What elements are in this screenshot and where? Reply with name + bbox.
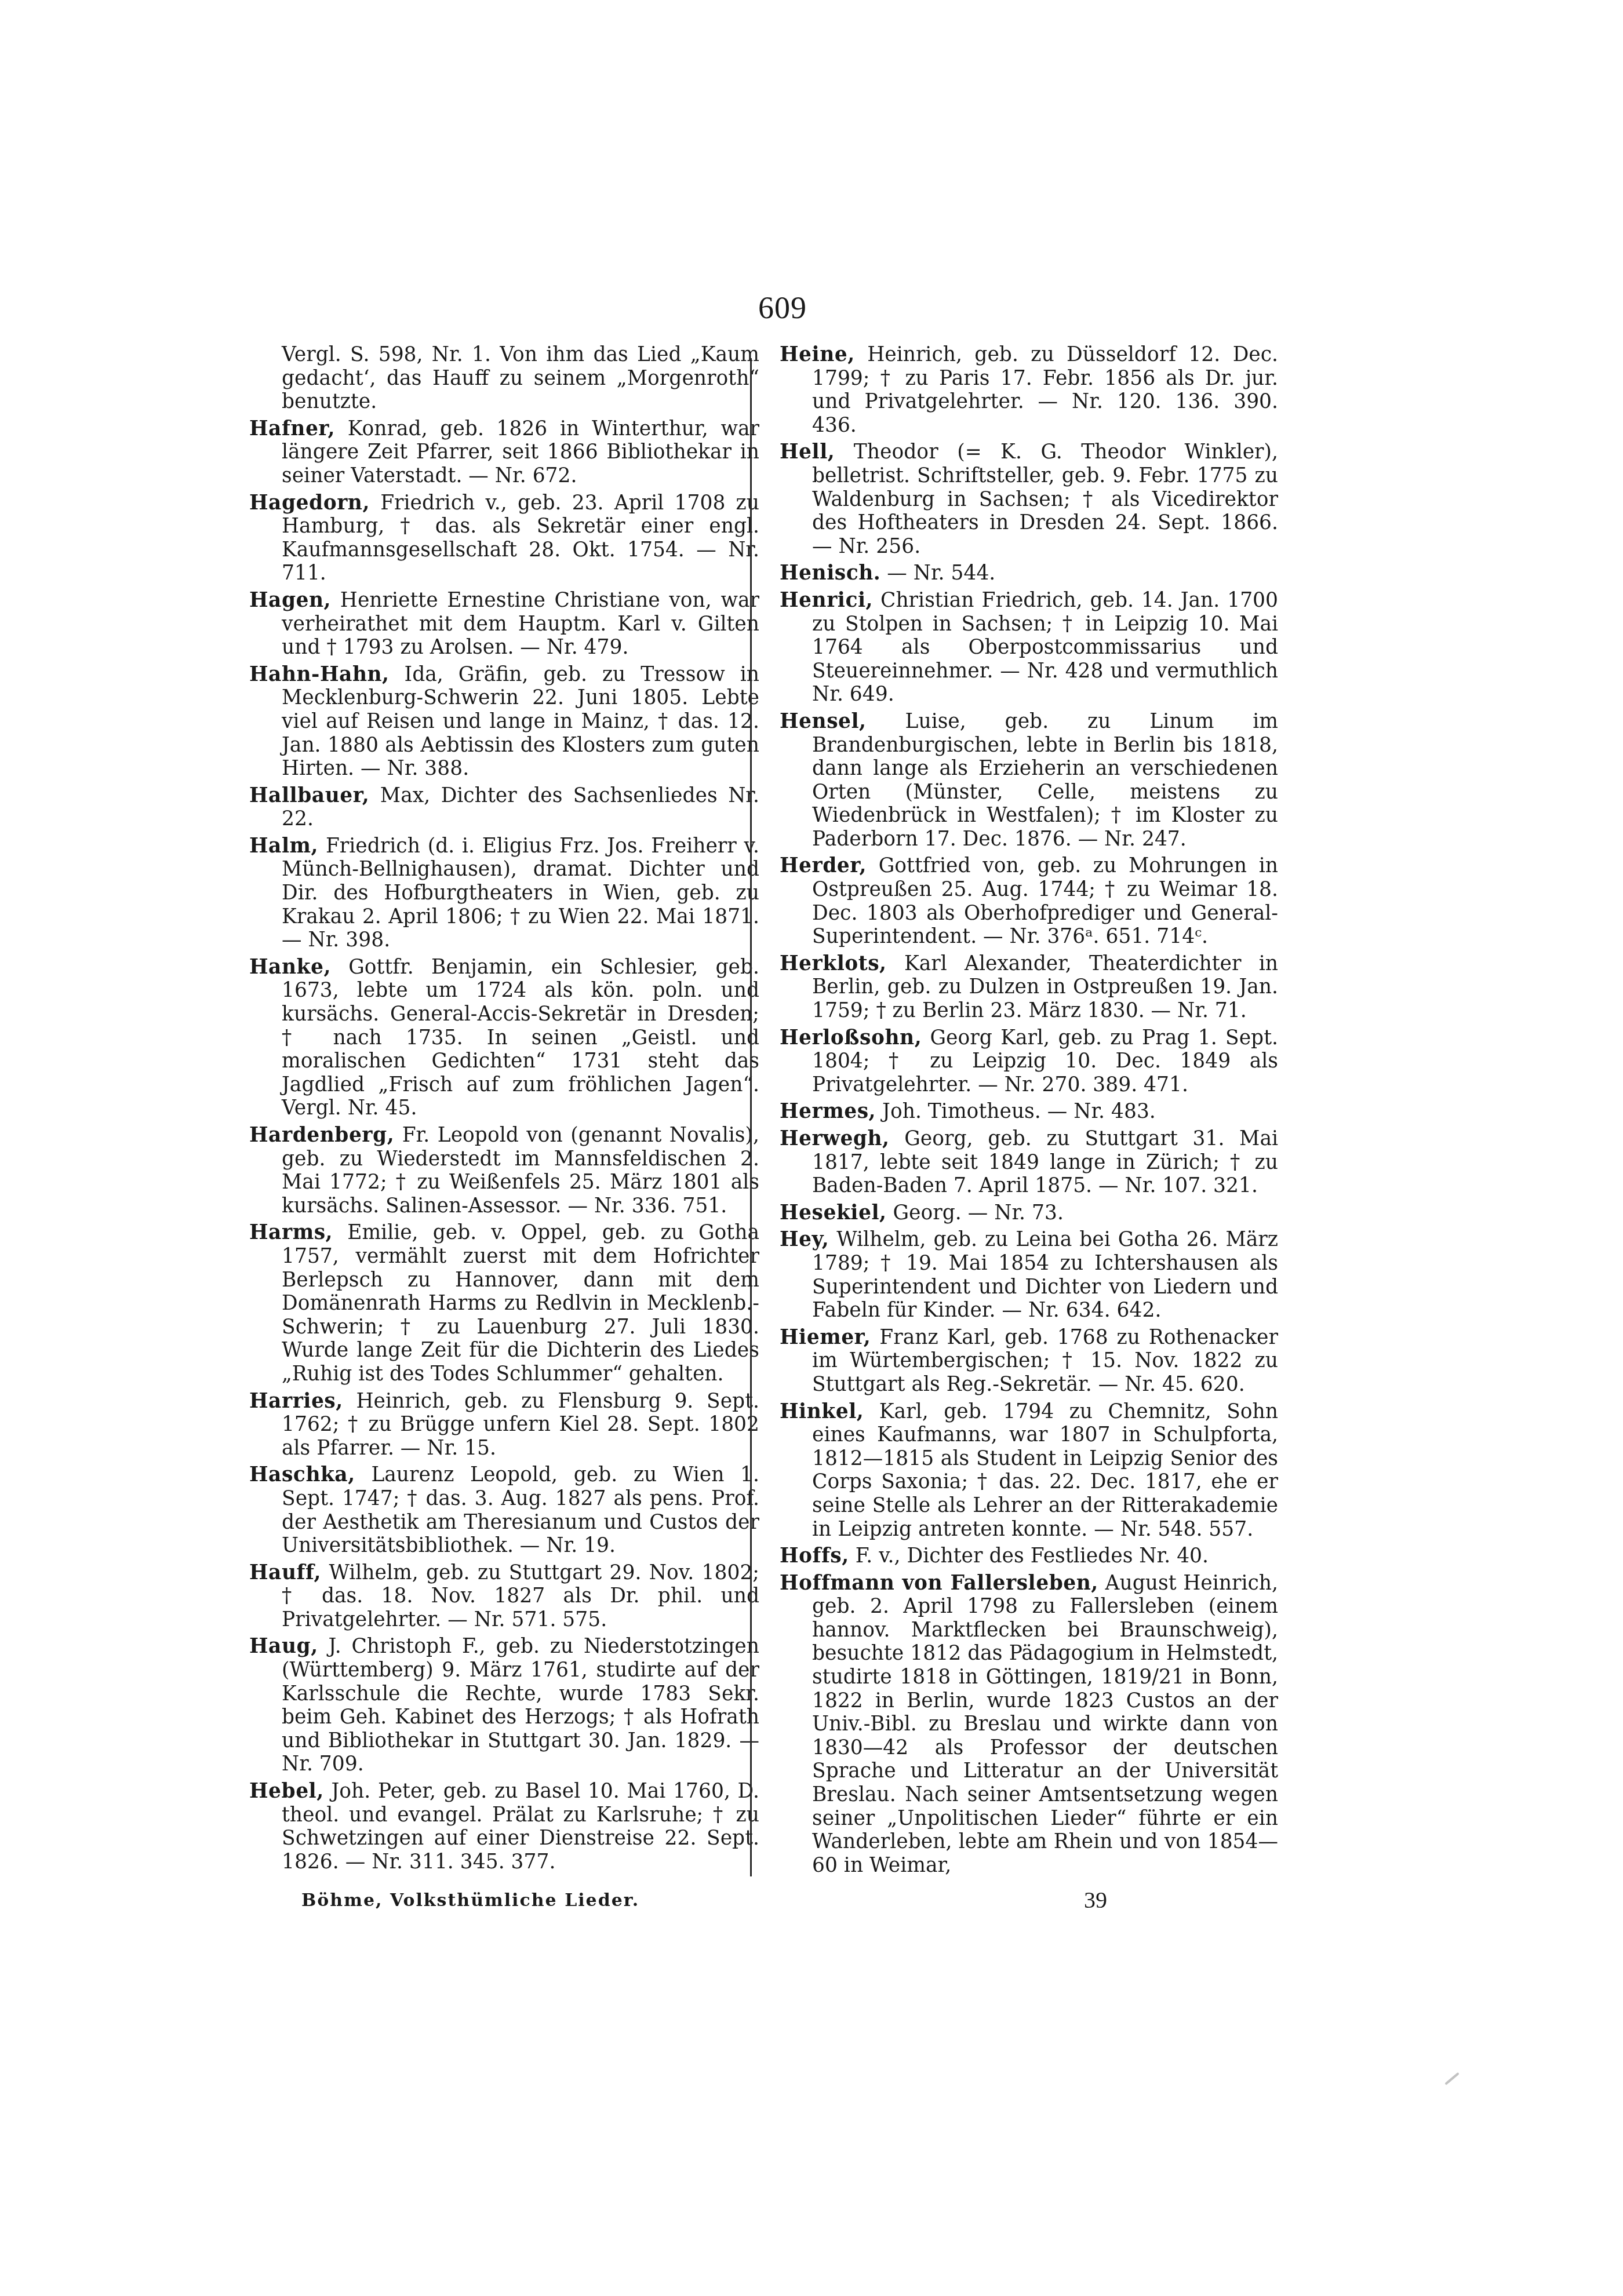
entry-surname: Hagen, [249,589,331,612]
index-entry: Herloßsohn, Georg Karl, geb. zu Prag 1. … [780,1026,1278,1097]
index-entry: Harries, Heinrich, geb. zu Flensburg 9. … [249,1390,759,1460]
entry-surname: Herwegh, [780,1127,890,1150]
entry-surname: Hey, [780,1228,829,1251]
index-entry: Hermes, Joh. Timotheus. — Nr. 483. [780,1100,1278,1124]
index-entry: Haug, J. Christoph F., geb. zu Niedersto… [249,1635,759,1776]
entry-text: Emilie, geb. v. Oppel, geb. zu Gotha 175… [282,1221,759,1386]
signature-mark: 39 [1084,1886,1107,1914]
entry-text: Wilhelm, geb. zu Stuttgart 29. Nov. 1802… [282,1561,759,1631]
entry-surname: Hagedorn, [249,491,370,515]
index-entry: Hey, Wilhelm, geb. zu Leina bei Gotha 26… [780,1228,1278,1322]
index-entry: Hallbauer, Max, Dichter des Sachsenliede… [249,784,759,831]
entry-surname: Herklots, [780,952,887,975]
entry-surname: Hiemer, [780,1326,871,1349]
index-entry: Hauff, Wilhelm, geb. zu Stuttgart 29. No… [249,1561,759,1632]
entry-surname: Hauff, [249,1561,321,1584]
index-entry: Vergl. S. 598, Nr. 1. Von ihm das Lied „… [249,343,759,414]
index-entry: Hoffmann von Fallersleben, August Heinri… [780,1572,1278,1878]
entry-surname: Harries, [249,1390,343,1413]
entry-surname: Hermes, [780,1100,876,1123]
left-column: Vergl. S. 598, Nr. 1. Von ihm das Lied „… [249,343,759,1877]
index-entry: Heine, Heinrich, geb. zu Düsseldorf 12. … [780,343,1278,437]
entry-surname: Hardenberg, [249,1124,394,1147]
index-entry: Herklots, Karl Alexander, Theaterdichter… [780,952,1278,1023]
column-divider [750,358,752,1876]
entry-text: Henriette Ernestine Christiane von, war … [282,589,759,659]
entry-text: August Heinrich, geb. 2. April 1798 zu F… [812,1572,1278,1877]
index-entry: Hiemer, Franz Karl, geb. 1768 zu Rothena… [780,1326,1278,1397]
entry-surname: Hell, [780,440,835,464]
index-entry: Hebel, Joh. Peter, geb. zu Basel 10. Mai… [249,1780,759,1874]
index-entry: Herder, Gottfried von, geb. zu Mohrungen… [780,854,1278,948]
footer-book-title: Böhme, Volksthümliche Lieder. [301,1890,639,1911]
index-entry: Halm, Friedrich (d. i. Eligius Frz. Jos.… [249,834,759,952]
index-entry: Hagen, Henriette Ernestine Christiane vo… [249,589,759,659]
entry-surname: Heine, [780,343,855,366]
entry-text: Karl, geb. 1794 zu Chemnitz, Sohn eines … [812,1400,1278,1541]
index-entry: Hinkel, Karl, geb. 1794 zu Chemnitz, Soh… [780,1400,1278,1541]
entry-text: Heinrich, geb. zu Düsseldorf 12. Dec. 17… [812,343,1278,437]
index-entry: Henrici, Christian Friedrich, geb. 14. J… [780,589,1278,706]
index-entry: Herwegh, Georg, geb. zu Stuttgart 31. Ma… [780,1127,1278,1198]
entry-text: Luise, geb. zu Linum im Brandenburgische… [812,710,1278,851]
entry-text: Gottfried von, geb. zu Mohrungen in Ostp… [812,854,1278,948]
index-entry: Hensel, Luise, geb. zu Linum im Brandenb… [780,710,1278,851]
entry-surname: Hebel, [249,1780,324,1803]
entry-text: J. Christoph F., geb. zu Niederstotzinge… [282,1635,759,1776]
index-entry: Hoffs, F. v., Dichter des Festliedes Nr.… [780,1544,1278,1568]
entry-surname: Haschka, [249,1463,355,1486]
entry-text: Friedrich (d. i. Eligius Frz. Jos. Freih… [282,834,759,952]
entry-text: Heinrich, geb. zu Flensburg 9. Sept. 176… [282,1390,759,1460]
index-entry: Hafner, Konrad, geb. 1826 in Winterthur,… [249,417,759,488]
index-entry: Harms, Emilie, geb. v. Oppel, geb. zu Go… [249,1221,759,1386]
entry-text: Wilhelm, geb. zu Leina bei Gotha 26. Mär… [812,1228,1278,1322]
entry-text: Franz Karl, geb. 1768 zu Rothenacker im … [812,1326,1278,1396]
page-number: 609 [748,290,817,326]
index-entry: Hell, Theodor (= K. G. Theodor Winkler),… [780,440,1278,558]
entry-text: Vergl. S. 598, Nr. 1. Von ihm das Lied „… [282,343,759,413]
entry-surname: Haug, [249,1635,318,1658]
entry-text: Georg. — Nr. 73. [893,1201,1063,1224]
index-entry: Henisch. — Nr. 544. [780,562,1278,585]
entry-text: Joh. Timotheus. — Nr. 483. [882,1100,1156,1123]
index-entry: Hardenberg, Fr. Leopold von (genannt Nov… [249,1124,759,1218]
entry-surname: Henisch. [780,562,880,585]
entry-text: Gottfr. Benjamin, ein Schlesier, geb. 16… [282,956,759,1120]
entry-text: Christian Friedrich, geb. 14. Jan. 1700 … [812,589,1278,706]
index-entry: Hesekiel, Georg. — Nr. 73. [780,1201,1278,1225]
index-entry: Hahn-Hahn, Ida, Gräfin, geb. zu Tressow … [249,663,759,781]
right-column: Heine, Heinrich, geb. zu Düsseldorf 12. … [780,343,1278,1880]
scan-mark [1444,2072,1460,2085]
entry-surname: Halm, [249,834,318,858]
entry-surname: Hanke, [249,956,331,979]
entry-surname: Hensel, [780,710,867,733]
entry-surname: Hoffmann von Fallersleben, [780,1572,1098,1595]
index-entry: Hanke, Gottfr. Benjamin, ein Schlesier, … [249,956,759,1120]
entry-text: — Nr. 544. [887,562,995,585]
entry-surname: Herloßsohn, [780,1026,922,1049]
index-entry: Hagedorn, Friedrich v., geb. 23. April 1… [249,491,759,585]
entry-text: Theodor (= K. G. Theodor Winkler), belle… [812,440,1278,557]
index-entry: Haschka, Laurenz Leopold, geb. zu Wien 1… [249,1463,759,1557]
entry-surname: Hoffs, [780,1544,849,1568]
entry-surname: Hallbauer, [249,784,369,807]
entry-surname: Herder, [780,854,867,877]
entry-surname: Harms, [249,1221,333,1244]
entry-text: Joh. Peter, geb. zu Basel 10. Mai 1760, … [282,1780,759,1874]
entry-text: F. v., Dichter des Festliedes Nr. 40. [856,1544,1209,1568]
entry-surname: Hinkel, [780,1400,864,1423]
entry-text: Konrad, geb. 1826 in Winterthur, war län… [282,417,759,487]
entry-surname: Henrici, [780,589,873,612]
entry-surname: Hafner, [249,417,335,440]
entry-surname: Hesekiel, [780,1201,887,1224]
entry-surname: Hahn-Hahn, [249,663,390,686]
